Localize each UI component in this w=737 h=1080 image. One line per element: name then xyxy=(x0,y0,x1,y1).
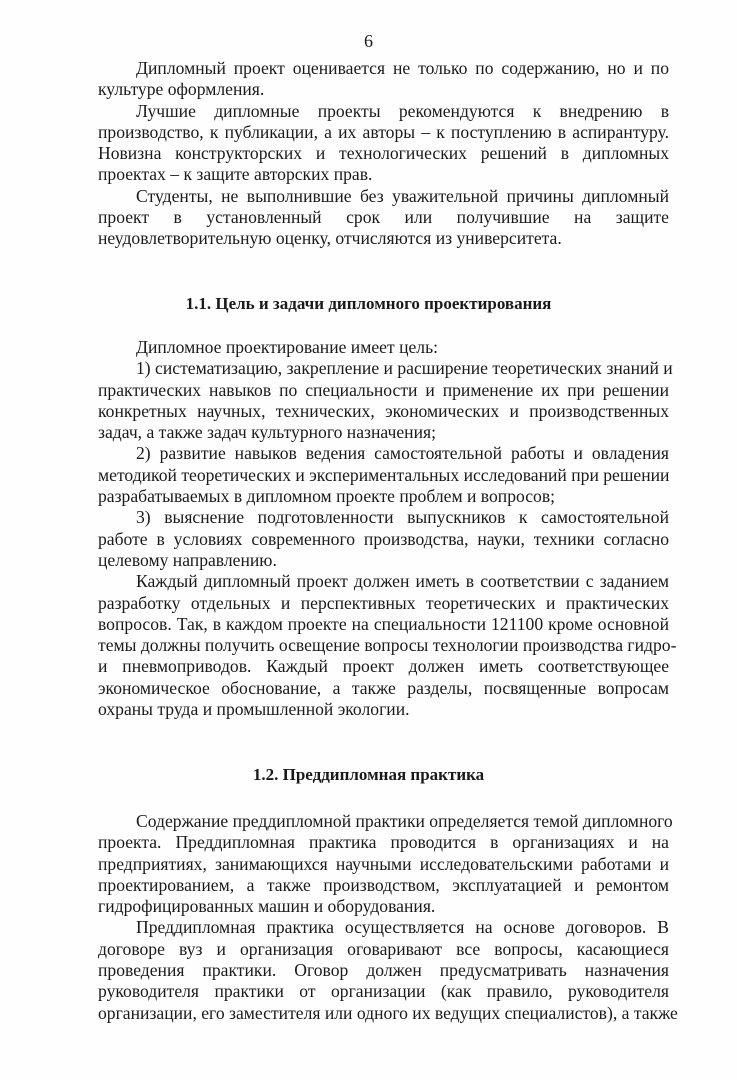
text-line: руководителя практики от организации (ка… xyxy=(98,981,669,1002)
text-line: производство, к публикации, а их авторы … xyxy=(98,122,669,143)
text-line: проекта. Преддипломная практика проводит… xyxy=(98,832,669,853)
text-line: 2) развитие навыков ведения самостоятель… xyxy=(98,443,669,464)
text-line: конкретных научных, технических, экономи… xyxy=(98,401,669,422)
section-1-2-body: Содержание преддипломной практики опреде… xyxy=(98,811,669,1024)
text-line: проектах – к защите авторских прав. xyxy=(98,164,669,185)
text-line: Содержание преддипломной практики опреде… xyxy=(98,811,669,832)
text-line: разрабатываемых в дипломном проекте проб… xyxy=(98,486,669,507)
text-line: Новизна конструкторских и технологически… xyxy=(98,143,669,164)
text-line: методикой теоретических и эксперименталь… xyxy=(98,465,669,486)
text-line: и пневмоприводов. Каждый проект должен и… xyxy=(98,656,669,677)
text-line: целевому направлению. xyxy=(98,550,669,571)
text-line: работе в условиях современного производс… xyxy=(98,529,669,550)
document-page: 6 Дипломный проект оценивается не только… xyxy=(0,0,737,1080)
text-line: проведения практики. Оговор должен преду… xyxy=(98,960,669,981)
text-line: культуре оформления. xyxy=(98,79,669,100)
text-line: практических навыков по специальности и … xyxy=(98,380,669,401)
text-line: разработку отдельных и перспективных тео… xyxy=(98,593,669,614)
text-line: Преддипломная практика осуществляется на… xyxy=(98,917,669,938)
text-line: охраны труда и промышленной экологии. xyxy=(98,699,669,720)
text-line: Студенты, не выполнившие без уважительно… xyxy=(98,186,669,207)
text-line: гидрофицированных машин и оборудования. xyxy=(98,896,669,917)
text-line: экономическое обоснование, а также разде… xyxy=(98,678,669,699)
intro-paragraphs: Дипломный проект оценивается не только п… xyxy=(98,58,669,250)
text-line: 1) систематизацию, закрепление и расшире… xyxy=(98,358,669,379)
text-line: Дипломное проектирование имеет цель: xyxy=(98,337,669,358)
text-line: организации, его заместителя или одного … xyxy=(98,1003,669,1024)
section-1-1-body: Дипломное проектирование имеет цель:1) с… xyxy=(98,337,669,720)
text-line: проектированием, а также производством, … xyxy=(98,875,669,896)
text-line: задач, а также задач культурного назначе… xyxy=(98,422,669,443)
text-line: договоре вуз и организация оговаривают в… xyxy=(98,939,669,960)
text-line: вопросов. Так, в каждом проекте на специ… xyxy=(98,614,669,635)
text-line: темы должны получить освещение вопросы т… xyxy=(98,635,669,656)
text-line: Каждый дипломный проект должен иметь в с… xyxy=(98,571,669,592)
text-line: проект в установленный срок или получивш… xyxy=(98,207,669,228)
text-line: Лучшие дипломные проекты рекомендуются к… xyxy=(98,101,669,122)
section-heading-1-1: 1.1. Цель и задачи дипломного проектиров… xyxy=(0,293,737,315)
text-line: предприятиях, занимающихся научными иссл… xyxy=(98,854,669,875)
text-line: 3) выяснение подготовленности выпускнико… xyxy=(98,507,669,528)
page-number: 6 xyxy=(0,30,737,52)
text-line: Дипломный проект оценивается не только п… xyxy=(98,58,669,79)
text-line: неудовлетворительную оценку, отчисляются… xyxy=(98,228,669,249)
section-heading-1-2: 1.2. Преддипломная практика xyxy=(0,764,737,786)
